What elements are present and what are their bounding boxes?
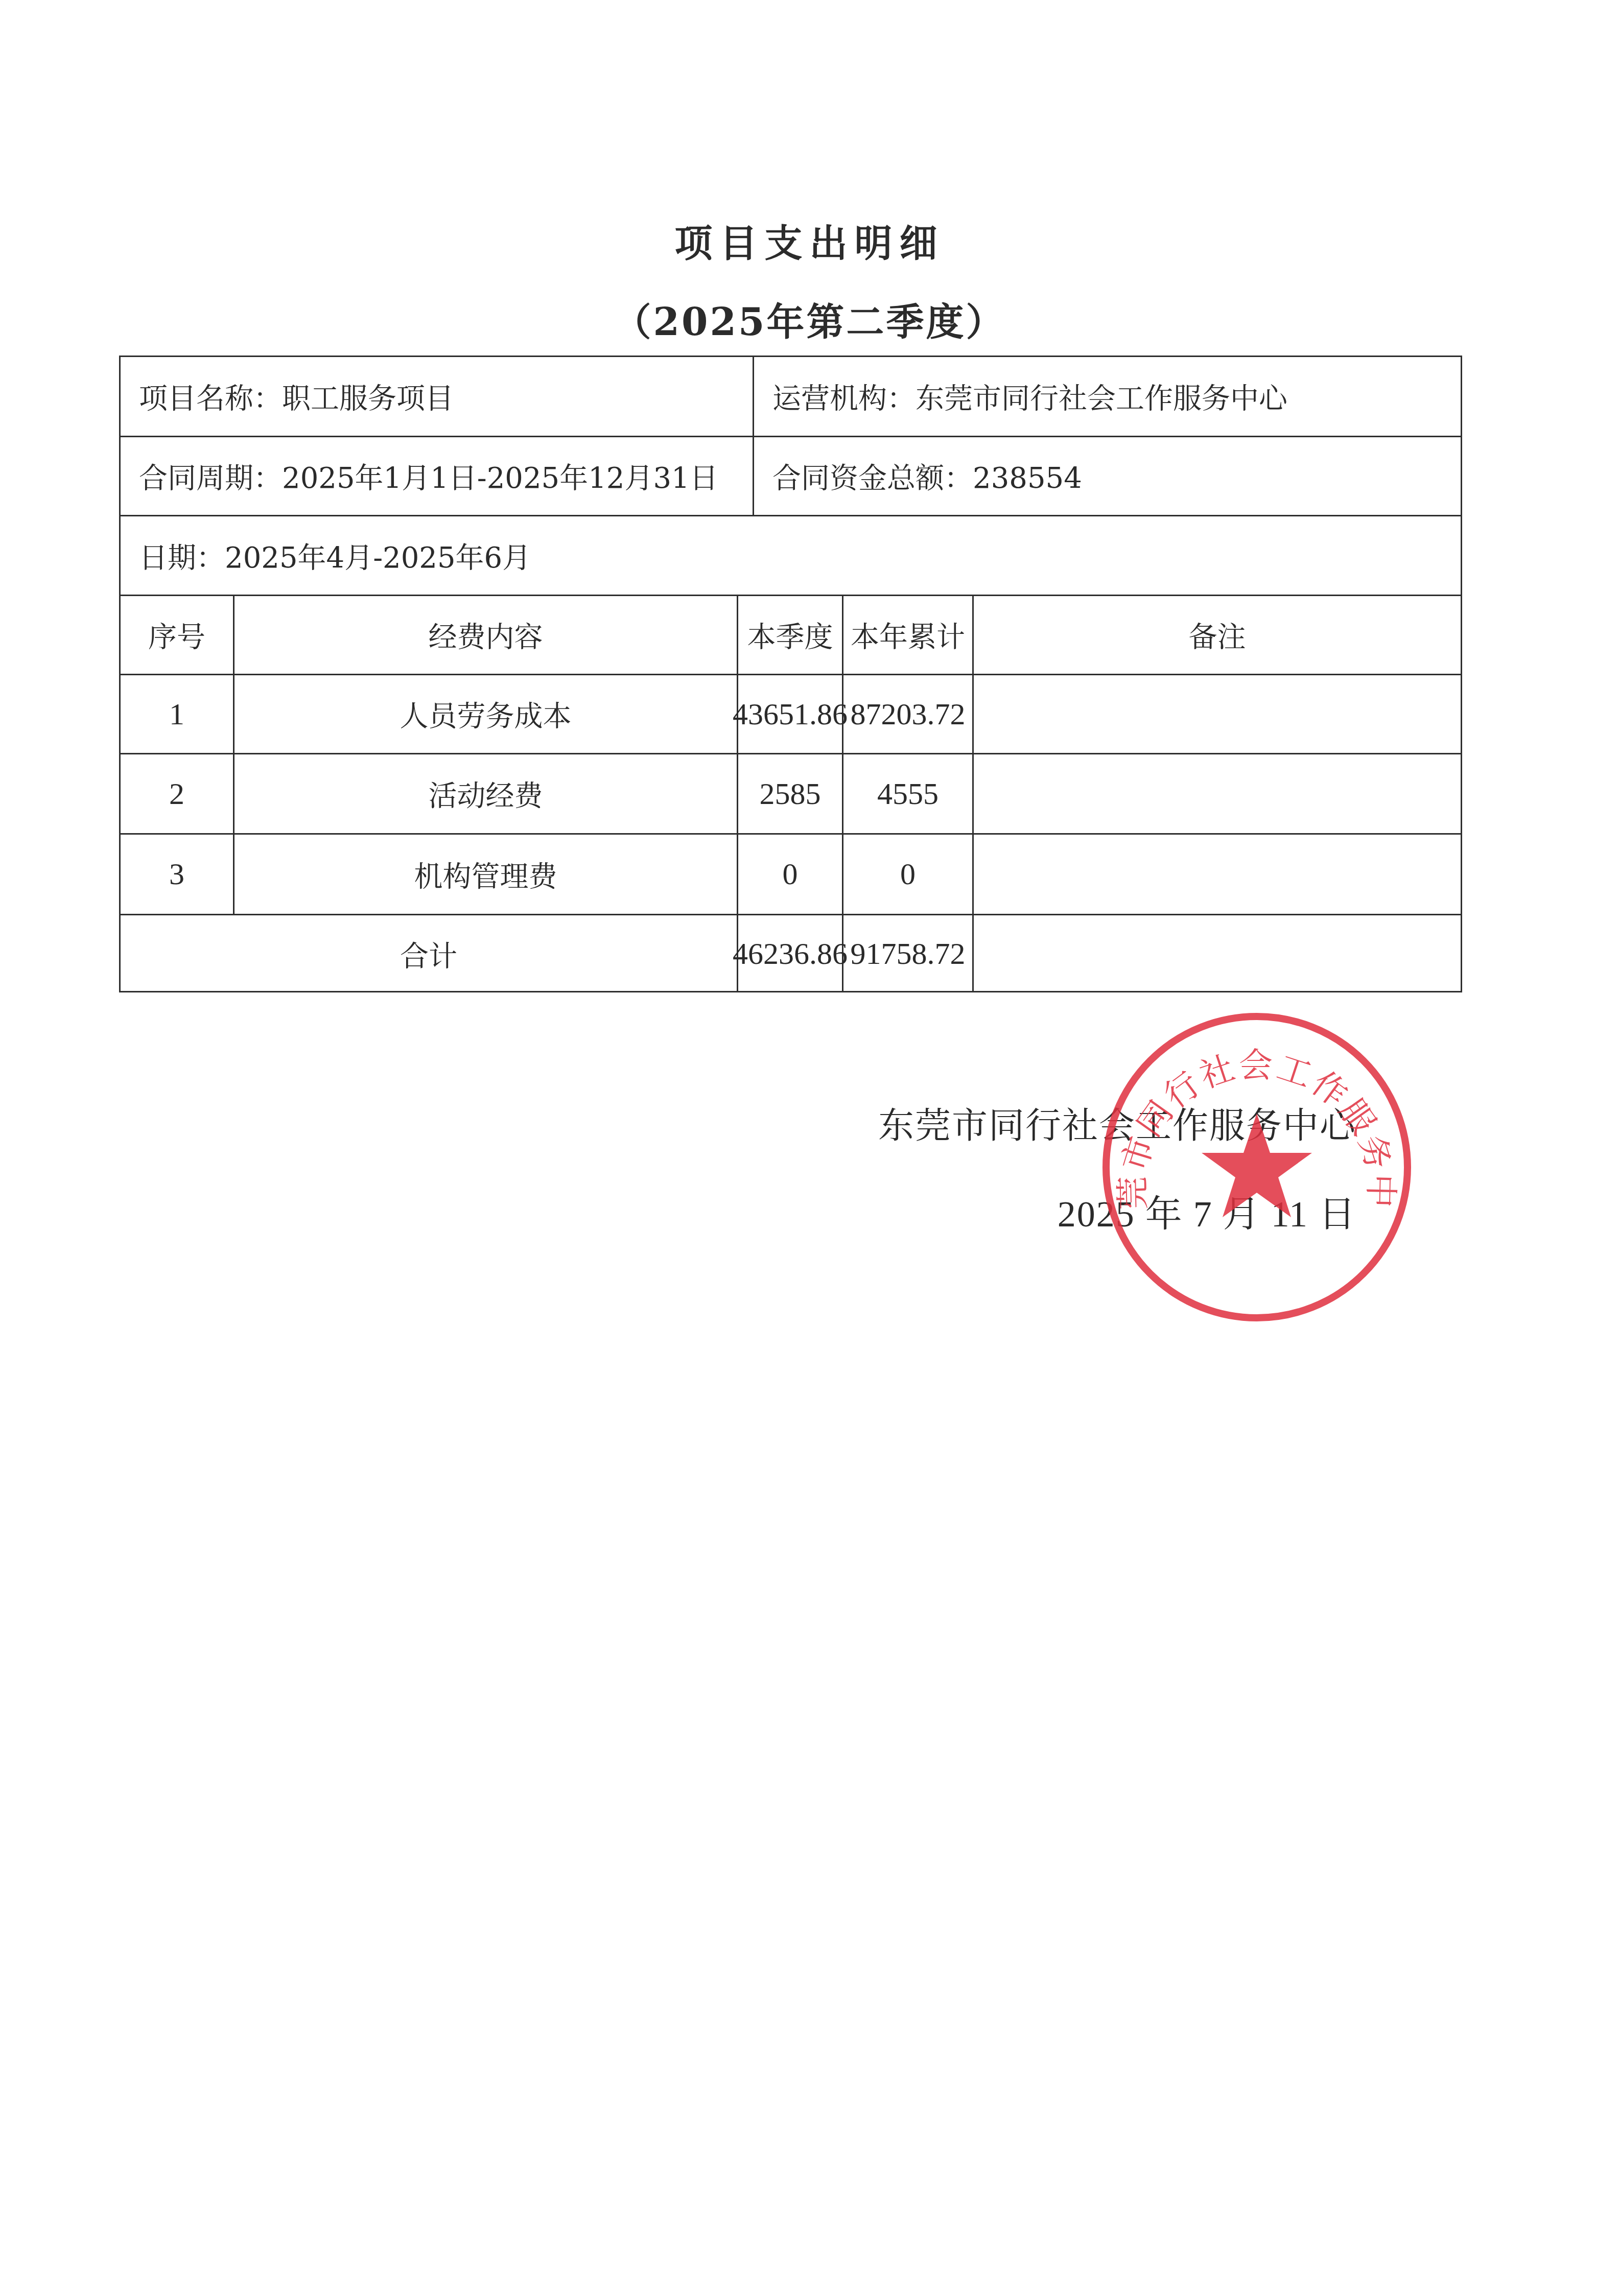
row-quarter: 43651.86 [738, 675, 842, 753]
row-item: 活动经费 [234, 754, 737, 833]
row-quarter: 0 [738, 835, 842, 914]
project-name-field: 项目名称：职工服务项目 [121, 357, 753, 436]
row-ytd: 4555 [843, 754, 972, 833]
row-item: 人员劳务成本 [234, 675, 737, 753]
total-quarter: 46236.86 [738, 915, 842, 992]
row-no: 3 [121, 835, 233, 914]
contract-period-field: 合同周期：2025年1月1日-2025年12月31日 [121, 437, 753, 515]
official-seal-stamp: 东莞市同行社会工作服务中心 [1098, 1009, 1415, 1325]
header-quarter: 本季度 [738, 596, 842, 674]
operator-field: 运营机构：东莞市同行社会工作服务中心 [754, 357, 1461, 436]
signature-date: 2025 年 7 月 11 日 [971, 1184, 1356, 1237]
header-note: 备注 [974, 596, 1461, 674]
header-item: 经费内容 [234, 596, 737, 674]
row-no: 2 [121, 754, 233, 833]
header-ytd: 本年累计 [843, 596, 972, 674]
header-no: 序号 [121, 596, 233, 674]
row-ytd: 87203.72 [843, 675, 972, 753]
row-quarter: 2585 [738, 754, 842, 833]
signature-organization: 东莞市同行社会工作服务中心 [858, 1097, 1356, 1149]
total-note [974, 915, 1461, 992]
row-note [974, 835, 1461, 914]
row-no: 1 [121, 675, 233, 753]
total-label: 合计 [121, 915, 737, 992]
document-title: 项目支出明细 [0, 214, 1619, 268]
date-range-field: 日期：2025年4月-2025年6月 [121, 516, 1461, 595]
total-ytd: 91758.72 [843, 915, 972, 992]
document-subtitle: （2025年第二季度） [0, 292, 1619, 346]
row-item: 机构管理费 [234, 835, 737, 914]
row-ytd: 0 [843, 835, 972, 914]
expense-table: 项目名称：职工服务项目 运营机构：东莞市同行社会工作服务中心 合同周期：2025… [119, 356, 1462, 992]
row-note [974, 675, 1461, 753]
contract-amount-field: 合同资金总额：238554 [754, 437, 1461, 515]
row-note [974, 754, 1461, 833]
